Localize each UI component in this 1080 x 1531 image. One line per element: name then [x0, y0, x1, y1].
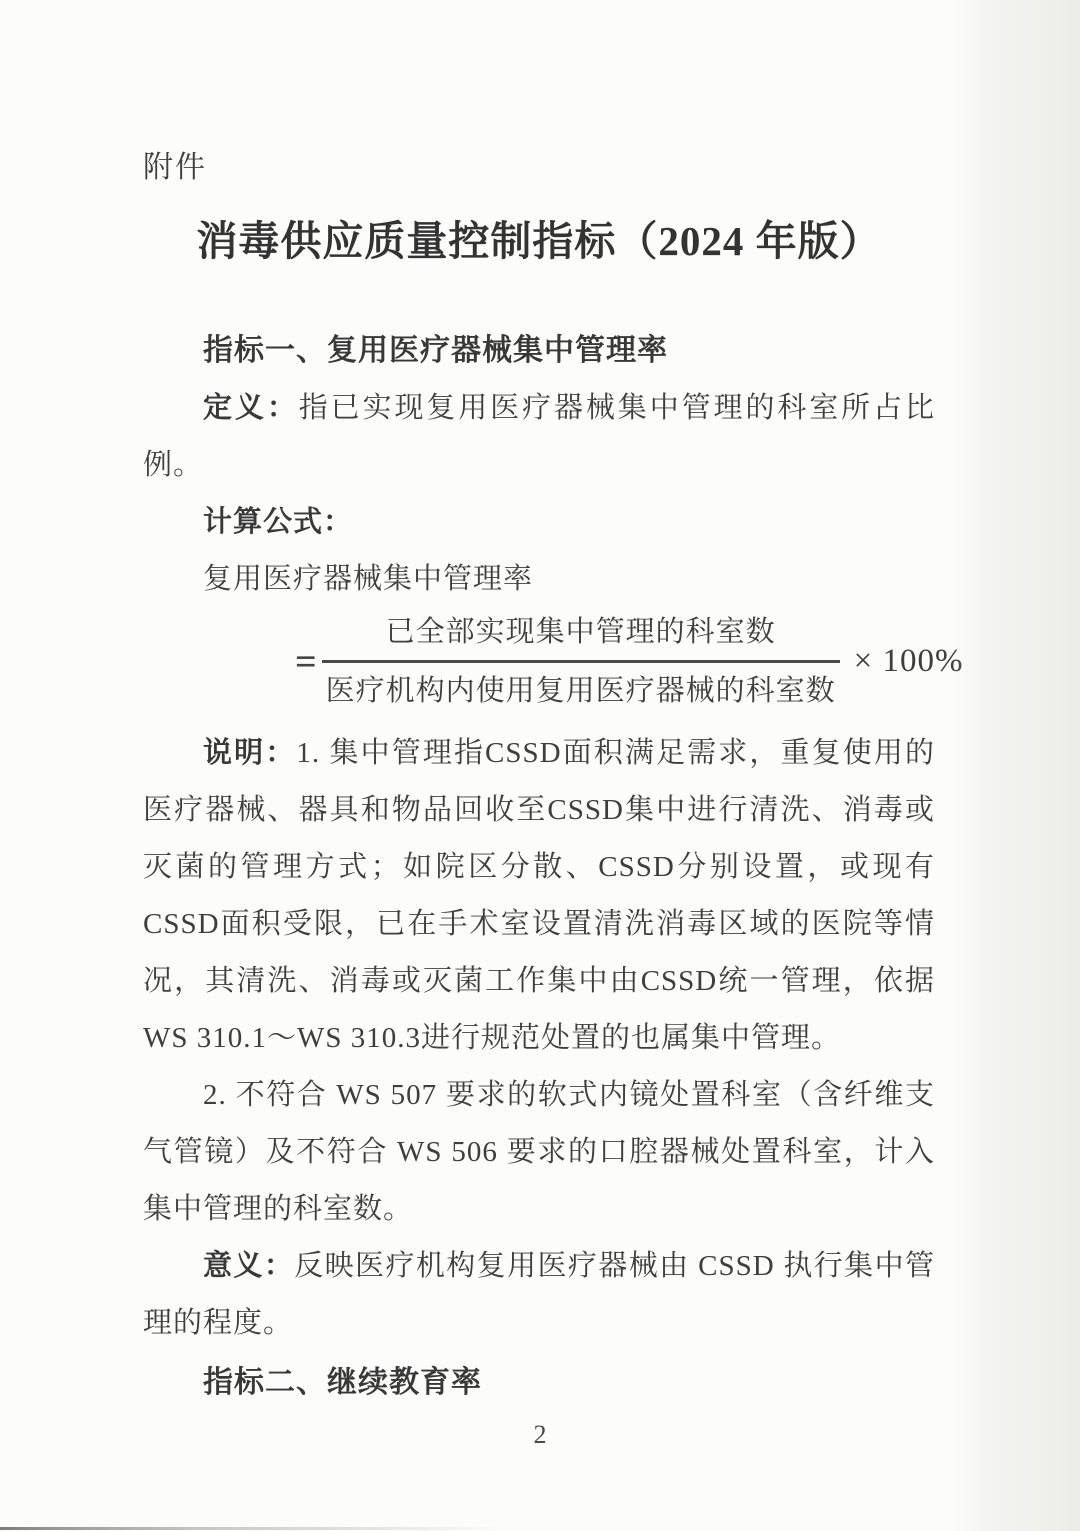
formula-multiplier: × 100%	[854, 643, 964, 680]
significance-paragraph: 意义：反映医疗机构复用医疗器械由 CSSD 执行集中管理的程度。	[143, 1238, 935, 1352]
document-page: 附件 消毒供应质量控制指标（2024 年版） 指标一、复用医疗器械集中管理率 定…	[0, 0, 1080, 1531]
note-1-text: 1. 集中管理指CSSD面积满足需求，重复使用的医疗器械、器具和物品回收至CSS…	[143, 737, 935, 1054]
note-2-text: 2. 不符合 WS 507 要求的软式内镜处置科室（含纤维支气管镜）及不符合 W…	[143, 1079, 935, 1225]
indicator-two-heading: 指标二、继续教育率	[143, 1362, 935, 1404]
formula-section-label-line: 计算公式：	[143, 494, 935, 551]
document-title: 消毒供应质量控制指标（2024 年版）	[143, 214, 935, 268]
equals-sign: =	[295, 642, 318, 682]
notes-label: 说明：	[203, 737, 296, 769]
attachment-label: 附件	[143, 150, 935, 186]
formula-lhs-line: 复用医疗器械集中管理率	[143, 551, 935, 608]
fraction-numerator: 已全部实现集中管理的科室数	[346, 612, 816, 660]
fraction: 已全部实现集中管理的科室数 医疗机构内使用复用医疗器械的科室数	[322, 612, 840, 711]
formula-section-label: 计算公式：	[203, 506, 353, 538]
fraction-denominator: 医疗机构内使用复用医疗器械的科室数	[322, 660, 840, 711]
significance-label: 意义：	[203, 1250, 294, 1282]
note-2-paragraph: 2. 不符合 WS 507 要求的软式内镜处置科室（含纤维支气管镜）及不符合 W…	[143, 1067, 935, 1238]
definition-label: 定义：	[203, 392, 299, 424]
indicator-one-heading: 指标一、复用医疗器械集中管理率	[143, 330, 935, 372]
page-number: 2	[0, 1420, 1080, 1450]
formula: = 已全部实现集中管理的科室数 医疗机构内使用复用医疗器械的科室数 × 100%	[295, 612, 935, 711]
notes-paragraph: 说明：1. 集中管理指CSSD面积满足需求，重复使用的医疗器械、器具和物品回收至…	[143, 725, 935, 1067]
formula-lhs: 复用医疗器械集中管理率	[203, 563, 533, 595]
definition-paragraph: 定义：指已实现复用医疗器械集中管理的科室所占比例。	[143, 380, 935, 494]
